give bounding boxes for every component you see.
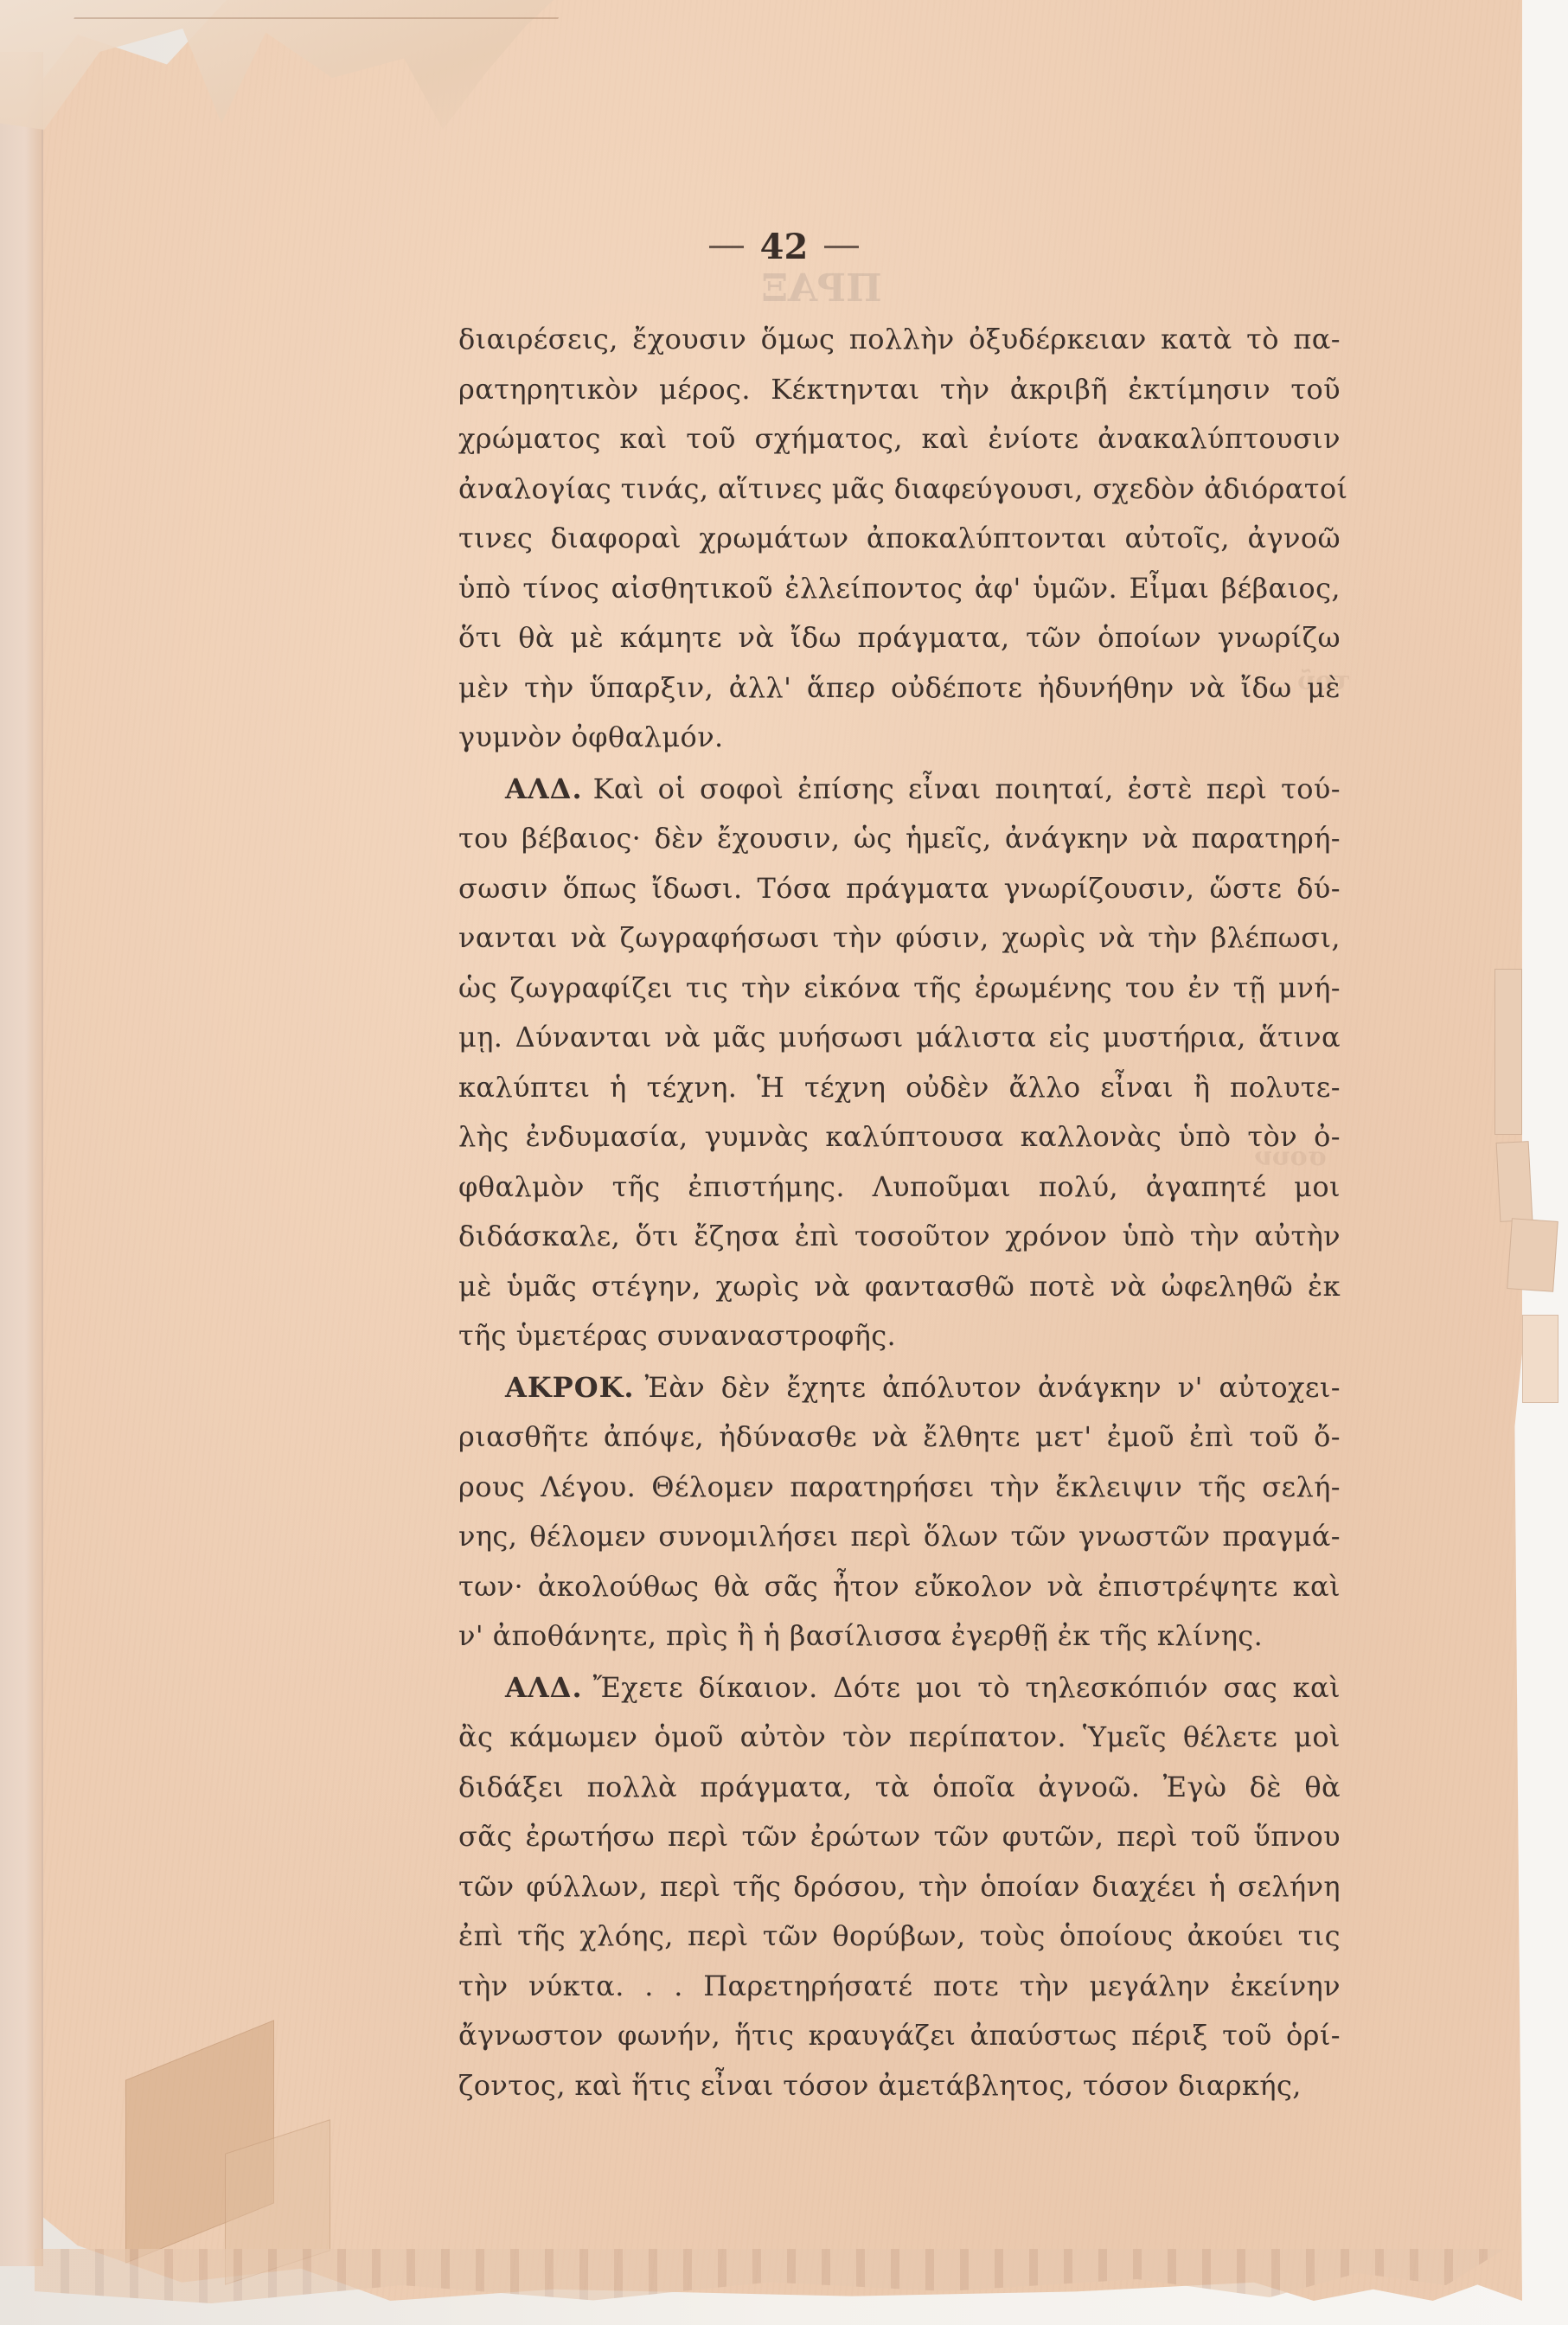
text-line: του βέβαιος· δὲν ἔχουσιν, ὡς ἡμεῖς, ἀνάγ… xyxy=(458,814,1341,864)
text-line: διαιρέσεις, ἔχουσιν ὅμως πολλὴν ὀξυδέρκε… xyxy=(458,315,1341,365)
text-line: διδάσκαλε, ὅτι ἔζησα ἐπὶ τοσοῦτον χρόνον… xyxy=(458,1212,1341,1262)
text-line: ἂς κάμωμεν ὁμοῦ αὐτὸν τὸν περίπατον. Ὑμε… xyxy=(458,1713,1341,1763)
text-line: σωσιν ὅπως ἴδωσι. Τόσα πράγματα γνωρίζου… xyxy=(458,864,1341,914)
torn-edge-fragment xyxy=(1494,969,1522,1135)
text-line: ἄγνωστον φωνήν, ἥτις κραυγάζει ἀπαύστως … xyxy=(458,2011,1341,2061)
line-text: διαιρέσεις, ἔχουσιν ὅμως πολλὴν ὀξυδέρκε… xyxy=(458,323,1341,355)
text-line: τὴν νύκτα. . . Παρετηρήσατέ ποτε τὴν μεγ… xyxy=(458,1962,1341,2012)
running-header: 42 xyxy=(0,227,1568,267)
line-text: ὑπὸ τίνος αἰσθητικοῦ ἐλλείποντος ἀφ' ὑμῶ… xyxy=(458,572,1341,605)
text-line: τῆς ὑμετέρας συναναστροφῆς. xyxy=(458,1311,1341,1361)
text-line: γυμνὸν ὀφθαλμόν. xyxy=(458,713,1341,763)
text-line: νανται νὰ ζωγραφήσωσι τὴν φύσιν, χωρὶς ν… xyxy=(458,913,1341,964)
line-text: ἐπὶ τῆς χλόης, περὶ τῶν θορύβων, τοὺς ὁπ… xyxy=(458,1919,1341,1952)
line-text: ρους Λέγου. Θέλομεν παρατηρήσει τὴν ἔκλε… xyxy=(458,1470,1341,1503)
line-text: του βέβαιος· δὲν ἔχουσιν, ὡς ἡμεῖς, ἀνάγ… xyxy=(458,822,1341,855)
torn-edge-fragment xyxy=(1507,1218,1558,1292)
page-number: 42 xyxy=(760,227,809,267)
line-text: μῃ. Δύνανται νὰ μᾶς μυήσωσι μάλιστα εἰς … xyxy=(458,1021,1341,1054)
line-text: Ἔχετε δίκαιον. Δότε μοι τὸ τηλεσκόπιόν σ… xyxy=(593,1671,1341,1704)
line-text: των· ἀκολούθως θὰ σᾶς ἦτον εὔκολον νὰ ἐπ… xyxy=(458,1570,1341,1603)
text-line: διδάξει πολλὰ πράγματα, τὰ ὁποῖα ἀγνοῶ. … xyxy=(458,1763,1341,1813)
text-line: μῃ. Δύνανται νὰ μᾶς μυήσωσι μάλιστα εἰς … xyxy=(458,1013,1341,1063)
text-line: ν' ἀποθάνητε, πρὶς ἢ ἡ βασίλισσα ἐγερθῇ … xyxy=(458,1611,1341,1662)
dialogue-paragraph: ΑΛΔ.Καὶ οἱ σοφοὶ ἐπίσης εἶναι ποιηταί, ἐ… xyxy=(458,765,1341,1361)
bleed-through-text: ΠΡΑΞ xyxy=(761,266,882,311)
line-text: Ἐὰν δὲν ἔχητε ἀπόλυτον ἀνάγκην ν' αὐτοχε… xyxy=(645,1371,1341,1404)
text-line: των· ἀκολούθως θὰ σᾶς ἦτον εὔκολον νὰ ἐπ… xyxy=(458,1562,1341,1612)
line-text: τῶν φύλλων, περὶ τῆς δρόσου, τὴν ὁποίαν … xyxy=(458,1870,1341,1903)
line-text: νης, θέλομεν συνομιλήσει περὶ ὅλων τῶν γ… xyxy=(458,1520,1341,1553)
text-line: καλύπτει ἡ τέχνη. Ἡ τέχνη οὐδὲν ἄλλο εἶν… xyxy=(458,1063,1341,1113)
speaker-label: ΑΛΔ. xyxy=(505,772,583,805)
text-line: μὲν τὴν ὕπαρξιν, ἀλλ' ἅπερ οὐδέποτε ἠδυν… xyxy=(458,663,1341,714)
text-line: νης, θέλομεν συνομιλήσει περὶ ὅλων τῶν γ… xyxy=(458,1512,1341,1562)
tear-line xyxy=(29,17,559,114)
line-text: φθαλμὸν τῆς ἐπιστήμης. Λυποῦμαι πολύ, ἀγ… xyxy=(458,1170,1341,1203)
text-line: σᾶς ἐρωτήσω περὶ τῶν ἐρώτων τῶν φυτῶν, π… xyxy=(458,1812,1341,1862)
line-text: ἂς κάμωμεν ὁμοῦ αὐτὸν τὸν περίπατον. Ὑμε… xyxy=(458,1720,1341,1753)
text-line: ΑΛΔ.Ἔχετε δίκαιον. Δότε μοι τὸ τηλεσκόπι… xyxy=(458,1663,1341,1713)
text-line: ὑπὸ τίνος αἰσθητικοῦ ἐλλείποντος ἀφ' ὑμῶ… xyxy=(458,564,1341,614)
text-line: λὴς ἐνδυμασία, γυμνὰς καλύπτουσα καλλονὰ… xyxy=(458,1112,1341,1162)
paragraph: διαιρέσεις, ἔχουσιν ὅμως πολλὴν ὀξυδέρκε… xyxy=(458,315,1341,763)
text-line: ριασθῆτε ἀπόψε, ἠδύνασθε νὰ ἔλθητε μετ' … xyxy=(458,1412,1341,1463)
binding-strip xyxy=(0,52,43,2266)
line-text: τινες διαφοραὶ χρωμάτων ἀποκαλύπτονται α… xyxy=(458,522,1341,554)
line-text: ἄγνωστον φωνήν, ἥτις κραυγάζει ἀπαύστως … xyxy=(458,2019,1341,2052)
line-text: διδάξει πολλὰ πράγματα, τὰ ὁποῖα ἀγνοῶ. … xyxy=(458,1771,1341,1803)
body-text: διαιρέσεις, ἔχουσιν ὅμως πολλὴν ὀξυδέρκε… xyxy=(458,315,1341,2110)
line-text: σᾶς ἐρωτήσω περὶ τῶν ἐρώτων τῶν φυτῶν, π… xyxy=(458,1820,1341,1853)
line-text: χρώματος καὶ τοῦ σχήματος, καὶ ἐνίοτε ἀν… xyxy=(458,422,1341,455)
line-text: νανται νὰ ζωγραφήσωσι τὴν φύσιν, χωρὶς ν… xyxy=(458,921,1341,954)
line-text: ν' ἀποθάνητε, πρὶς ἢ ἡ βασίλισσα ἐγερθῇ … xyxy=(458,1619,1263,1652)
line-text: Καὶ οἱ σοφοὶ ἐπίσης εἶναι ποιηταί, ἐστὲ … xyxy=(593,772,1341,805)
line-text: ὅτι θὰ μὲ κάμητε νὰ ἴδω πράγματα, τῶν ὁπ… xyxy=(458,621,1341,654)
torn-edge-fragment xyxy=(1522,1315,1558,1403)
text-line: ἀναλογίας τινάς, αἵτινες μᾶς διαφεύγουσι… xyxy=(458,464,1341,515)
line-text: γυμνὸν ὀφθαλμόν. xyxy=(458,721,724,753)
text-line: ὅτι θὰ μὲ κάμητε νὰ ἴδω πράγματα, τῶν ὁπ… xyxy=(458,613,1341,663)
speaker-label: ΑΚΡΟΚ. xyxy=(505,1371,635,1404)
line-text: λὴς ἐνδυμασία, γυμνὰς καλύπτουσα καλλονὰ… xyxy=(458,1120,1341,1153)
line-text: ζοντος, καὶ ἥτις εἶναι τόσον ἀμετάβλητος… xyxy=(458,2069,1302,2102)
text-line: τῶν φύλλων, περὶ τῆς δρόσου, τὴν ὁποίαν … xyxy=(458,1862,1341,1912)
header-dash-right xyxy=(824,246,859,248)
text-line: φθαλμὸν τῆς ἐπιστήμης. Λυποῦμαι πολύ, ἀγ… xyxy=(458,1162,1341,1213)
line-text: σωσιν ὅπως ἴδωσι. Τόσα πράγματα γνωρίζου… xyxy=(458,872,1341,905)
dialogue-paragraph: ΑΚΡΟΚ.Ἐὰν δὲν ἔχητε ἀπόλυτον ἀνάγκην ν' … xyxy=(458,1363,1341,1662)
line-text: ριασθῆτε ἀπόψε, ἠδύνασθε νὰ ἔλθητε μετ' … xyxy=(458,1420,1341,1453)
text-line: ἐπὶ τῆς χλόης, περὶ τῶν θορύβων, τοὺς ὁπ… xyxy=(458,1912,1341,1962)
text-line: μὲ ὑμᾶς στέγην, χωρὶς νὰ φαντασθῶ ποτὲ ν… xyxy=(458,1262,1341,1312)
header-dash-left xyxy=(709,246,744,248)
text-line: τινες διαφοραὶ χρωμάτων ἀποκαλύπτονται α… xyxy=(458,514,1341,564)
text-line: ρους Λέγου. Θέλομεν παρατηρήσει τὴν ἔκλε… xyxy=(458,1463,1341,1513)
line-text: ρατηρητικὸν μέρος. Κέκτηνται τὴν ἀκριβῆ … xyxy=(458,373,1341,406)
line-text: καλύπτει ἡ τέχνη. Ἡ τέχνη οὐδὲν ἄλλο εἶν… xyxy=(458,1071,1341,1104)
line-text: ἀναλογίας τινάς, αἵτινες μᾶς διαφεύγουσι… xyxy=(458,472,1347,505)
line-text: τῆς ὑμετέρας συναναστροφῆς. xyxy=(458,1319,896,1352)
text-line: ρατηρητικὸν μέρος. Κέκτηνται τὴν ἀκριβῆ … xyxy=(458,365,1341,415)
text-line: ΑΚΡΟΚ.Ἐὰν δὲν ἔχητε ἀπόλυτον ἀνάγκην ν' … xyxy=(458,1363,1341,1413)
line-text: μὲ ὑμᾶς στέγην, χωρὶς νὰ φαντασθῶ ποτὲ ν… xyxy=(458,1270,1341,1303)
text-line: χρώματος καὶ τοῦ σχήματος, καὶ ἐνίοτε ἀν… xyxy=(458,414,1341,464)
line-text: διδάσκαλε, ὅτι ἔζησα ἐπὶ τοσοῦτον χρόνον… xyxy=(458,1220,1341,1252)
text-line: ζοντος, καὶ ἥτις εἶναι τόσον ἀμετάβλητος… xyxy=(458,2061,1341,2111)
line-text: τὴν νύκτα. . . Παρετηρήσατέ ποτε τὴν μεγ… xyxy=(458,1970,1341,2002)
dialogue-paragraph: ΑΛΔ.Ἔχετε δίκαιον. Δότε μοι τὸ τηλεσκόπι… xyxy=(458,1663,1341,2111)
text-line: ΑΛΔ.Καὶ οἱ σοφοὶ ἐπίσης εἶναι ποιηταί, ἐ… xyxy=(458,765,1341,815)
torn-edge-fragment xyxy=(1496,1141,1533,1222)
line-text: ὡς ζωγραφίζει τις τὴν εἰκόνα τῆς ἐρωμένη… xyxy=(458,971,1341,1004)
speaker-label: ΑΛΔ. xyxy=(505,1671,583,1704)
line-text: μὲν τὴν ὕπαρξιν, ἀλλ' ἅπερ οὐδέποτε ἠδυν… xyxy=(458,671,1341,704)
text-line: ὡς ζωγραφίζει τις τὴν εἰκόνα τῆς ἐρωμένη… xyxy=(458,964,1341,1014)
